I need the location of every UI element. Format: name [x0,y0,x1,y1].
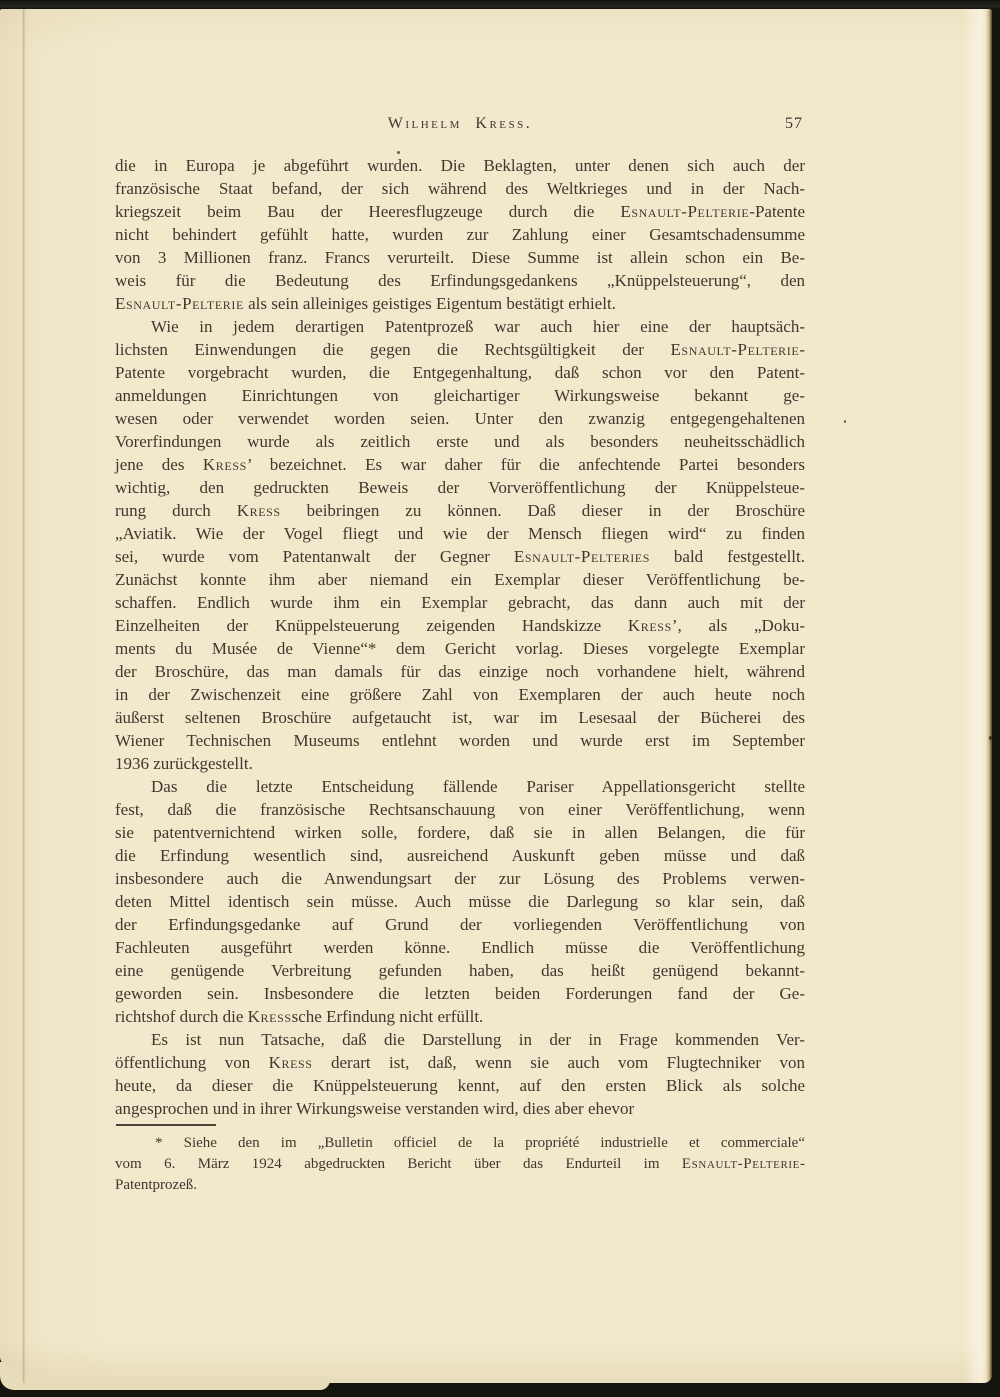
text-line: Vorerfindungen wurde als zeitlich erste … [115,430,805,453]
page-number: 57 [785,115,803,133]
text-segment: insbesondere auch die Anwendungsart der … [115,869,805,888]
page-right-edge-shading [964,9,992,1383]
text-segment: Wiener Technischen Museums entlehnt word… [115,731,805,750]
text-segment: anmeldungen Einrichtungen von gleicharti… [115,386,805,405]
text-segment: ments du Musée de Vienne“* dem Gericht v… [115,639,805,658]
text-segment: sie patentvernichtend wirken solle, ford… [115,823,805,842]
text-line: * Siehe den im „Bulletin officiel de la … [115,1133,805,1154]
text-segment: Das die letzte Entscheidung fällende Par… [151,777,805,796]
text-segment: - [800,1156,805,1172]
text-line: sie patentvernichtend wirken solle, ford… [115,821,805,844]
text-segment: bald festgestellt. [650,547,805,566]
small-caps-name: Kress [628,616,672,635]
text-segment: der Broschüre, das man damals für das ei… [115,662,805,681]
small-caps-name: Kress [248,1007,292,1026]
paragraph: Wie in jedem derartigen Patentprozeß war… [115,315,805,775]
text-line: deten Mittel identisch sein müsse. Auch … [115,890,805,913]
book-page: Wilhelm Kress. 57 die in Europa je abgef… [0,9,992,1383]
text-segment: * Siehe den im „Bulletin officiel de la … [155,1135,805,1151]
text-line: Zunächst konnte ihm aber niemand ein Exe… [115,568,805,591]
text-line: Fachleuten ausgeführt werden könne. Endl… [115,936,805,959]
text-segment: Wie in jedem derartigen Patentprozeß war… [151,317,805,336]
text-line: öffentlichung von Kress derart ist, daß,… [115,1051,805,1074]
text-line: französische Staat befand, der sich währ… [115,177,805,200]
text-line: „Aviatik. Wie der Vogel fliegt und wie d… [115,522,805,545]
text-line: Es ist nun Tatsache, daß die Darstellung… [115,1028,805,1051]
text-segment: beibringen zu können. Daß dieser in der … [281,501,805,520]
text-line: die in Europa je abgeführt wurden. Die B… [115,154,805,177]
text-segment: richtshof durch die [115,1007,248,1026]
text-line: vom 6. März 1924 abgedruckten Bericht üb… [115,1154,805,1175]
text-line: Patente vorgebracht wurden, die Entgegen… [115,361,805,384]
running-header: Wilhelm Kress. 57 [115,115,805,137]
text-line: Esnault-Pelterie als sein alleiniges gei… [115,292,805,315]
text-segment: -Patente [749,202,805,221]
text-segment: die Erfindung wesentlich sind, ausreiche… [115,846,805,865]
text-line: Patentprozeß. [115,1175,805,1196]
text-line: insbesondere auch die Anwendungsart der … [115,867,805,890]
text-segment: französische Staat befand, der sich währ… [115,179,805,198]
text-line: 1936 zurückgestellt. [115,752,805,775]
small-caps-name: Esnault-Pelterie [115,294,244,313]
small-caps-name: Kress [203,455,247,474]
text-line: Das die letzte Entscheidung fällende Par… [115,775,805,798]
text-segment: weis für die Bedeutung des Erfindungsged… [115,271,805,290]
text-line: lichsten Einwendungen die gegen die Rech… [115,338,805,361]
text-line: der Broschüre, das man damals für das ei… [115,660,805,683]
text-segment: Vorerfindungen wurde als zeitlich erste … [115,432,805,451]
text-segment: nicht behindert gefühlt hatte, wurden zu… [115,225,805,244]
text-segment: ’, als „Doku- [672,616,805,635]
scan-top-edge [0,0,1000,9]
text-segment: eine genügende Verbreitung gefunden habe… [115,961,805,980]
text-segment: sche Erfindung nicht erfüllt. [292,1007,484,1026]
text-segment: angesprochen und in ihrer Wirkungsweise … [115,1099,634,1118]
text-segment: wichtig, den gedruckten Beweis der Vorve… [115,478,805,497]
text-line: angesprochen und in ihrer Wirkungsweise … [115,1097,805,1120]
text-segment: Fachleuten ausgeführt werden könne. Endl… [115,938,805,957]
text-line: sei, wurde vom Patentanwalt der Gegner E… [115,545,805,568]
scan-speck [989,736,992,740]
text-line: wesen oder verwendet worden seien. Unter… [115,407,805,430]
footnote-text: * Siehe den im „Bulletin officiel de la … [115,1133,805,1196]
text-line: die Erfindung wesentlich sind, ausreiche… [115,844,805,867]
text-segment: jene des [115,455,203,474]
text-segment: fest, daß die französische Rechtsanschau… [115,800,805,819]
text-segment: schaffen. Endlich wurde ihm ein Exemplar… [115,593,805,612]
text-line: schaffen. Endlich wurde ihm ein Exemplar… [115,591,805,614]
text-segment: geworden sein. Insbesondere die letzten … [115,984,805,1003]
text-line: rung durch Kress beibringen zu können. D… [115,499,805,522]
text-segment: äußerst seltenen Broschüre aufgetaucht i… [115,708,805,727]
text-line: Einzelheiten der Knüppelsteuerung zeigen… [115,614,805,637]
text-segment: von 3 Millionen franz. Francs verurteilt… [115,248,805,267]
text-line: geworden sein. Insbesondere die letzten … [115,982,805,1005]
text-segment: derart ist, daß, wenn sie auch vom Flugt… [313,1053,805,1072]
page-fold-crease [22,9,26,1383]
text-line: der Erfindungsgedanke auf Grund der vorl… [115,913,805,936]
small-caps-name: Kress [237,501,281,520]
small-caps-name: Esnault-Pelterie [682,1156,800,1172]
scanned-book-page-canvas: Wilhelm Kress. 57 die in Europa je abgef… [0,0,1000,1397]
body-text-block: die in Europa je abgeführt wurden. Die B… [115,154,805,1120]
text-segment: heute, da dieser die Knüppelsteuerung ke… [115,1076,805,1095]
text-line: wichtig, den gedruckten Beweis der Vorve… [115,476,805,499]
scan-speck [397,151,400,154]
text-segment: öffentlichung von [115,1053,269,1072]
text-line: von 3 Millionen franz. Francs verurteilt… [115,246,805,269]
text-segment: der Erfindungsgedanke auf Grund der vorl… [115,915,805,934]
text-segment: sei, wurde vom Patentanwalt der Gegner [115,547,514,566]
paragraph: die in Europa je abgeführt wurden. Die B… [115,154,805,315]
text-line: äußerst seltenen Broschüre aufgetaucht i… [115,706,805,729]
text-segment: ’ bezeichnet. Es war daher für die anfec… [247,455,805,474]
text-segment: Patentprozeß. [115,1177,197,1193]
small-caps-name: Esnault-Pelterie [620,202,749,221]
text-segment: vom 6. März 1924 abgedruckten Bericht üb… [115,1156,682,1172]
text-segment: Patente vorgebracht wurden, die Entgegen… [115,363,805,382]
text-line: eine genügende Verbreitung gefunden habe… [115,959,805,982]
small-caps-name: Kress [269,1053,313,1072]
text-segment: lichsten Einwendungen die gegen die Rech… [115,340,670,359]
text-segment: rung durch [115,501,237,520]
text-segment: als sein alleiniges geistiges Eigentum b… [244,294,616,313]
text-line: fest, daß die französische Rechtsanschau… [115,798,805,821]
text-segment: - [799,340,805,359]
scan-speck [844,420,846,423]
text-line: richtshof durch die Kresssche Erfindung … [115,1005,805,1028]
small-caps-name: Esnault-Pelterie [670,340,799,359]
text-line: nicht behindert gefühlt hatte, wurden zu… [115,223,805,246]
running-header-title: Wilhelm Kress. [115,115,805,133]
text-line: weis für die Bedeutung des Erfindungsged… [115,269,805,292]
paragraph: Das die letzte Entscheidung fällende Par… [115,775,805,1028]
text-segment: Es ist nun Tatsache, daß die Darstellung… [151,1030,805,1049]
text-line: ments du Musée de Vienne“* dem Gericht v… [115,637,805,660]
text-segment: „Aviatik. Wie der Vogel fliegt und wie d… [115,524,805,543]
text-segment: wesen oder verwendet worden seien. Unter… [115,409,805,428]
text-line: Wiener Technischen Museums entlehnt word… [115,729,805,752]
text-segment: Zunächst konnte ihm aber niemand ein Exe… [115,570,805,589]
text-line: in der Zwischenzeit eine größere Zahl vo… [115,683,805,706]
paragraph: Es ist nun Tatsache, daß die Darstellung… [115,1028,805,1120]
text-segment: in der Zwischenzeit eine größere Zahl vo… [115,685,805,704]
footnote-separator-rule [116,1124,216,1126]
text-segment: 1936 zurückgestellt. [115,754,253,773]
text-segment: kriegszeit beim Bau der Heeresflugzeuge … [115,202,620,221]
text-line: jene des Kress’ bezeichnet. Es war daher… [115,453,805,476]
text-segment: die in Europa je abgeführt wurden. Die B… [115,156,805,175]
text-segment: Einzelheiten der Knüppelsteuerung zeigen… [115,616,628,635]
text-segment: deten Mittel identisch sein müsse. Auch … [115,892,805,911]
text-line: anmeldungen Einrichtungen von gleicharti… [115,384,805,407]
text-line: Wie in jedem derartigen Patentprozeß war… [115,315,805,338]
text-line: kriegszeit beim Bau der Heeresflugzeuge … [115,200,805,223]
small-caps-name: Esnault-Pelteries [514,547,650,566]
text-line: heute, da dieser die Knüppelsteuerung ke… [115,1074,805,1097]
